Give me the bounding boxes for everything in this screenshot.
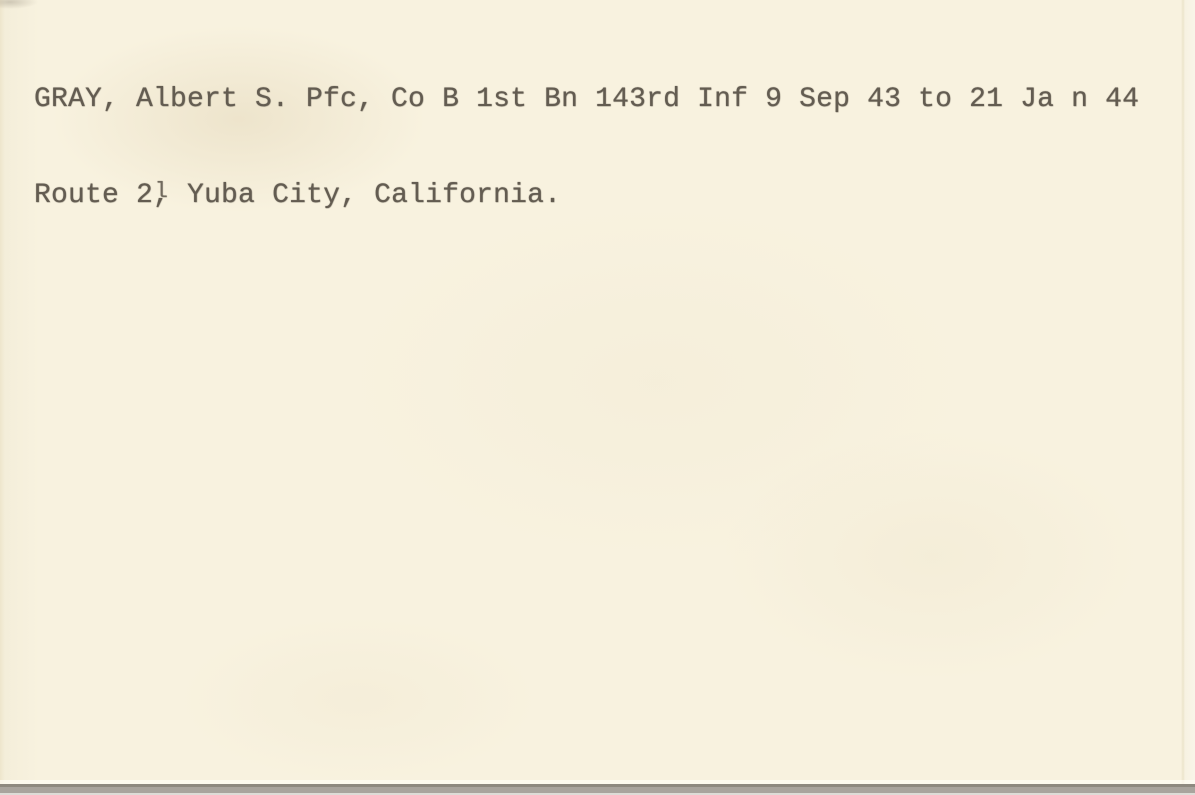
overstrike-top-glyph: l bbox=[155, 176, 168, 208]
scanned-index-card: GRAY, Albert S. Pfc, Co B 1st Bn 143rd I… bbox=[0, 0, 1195, 795]
typed-line-2-suffix: Yuba City, California. bbox=[170, 180, 561, 211]
typed-text-block: GRAY, Albert S. Pfc, Co B 1st Bn 143rd I… bbox=[34, 20, 1139, 276]
overstrike-character: l, bbox=[153, 180, 170, 212]
typed-line-2-prefix: Route 2 bbox=[34, 180, 153, 211]
typed-line-2: Route 2l, Yuba City, California. bbox=[34, 180, 1139, 212]
typed-line-1: GRAY, Albert S. Pfc, Co B 1st Bn 143rd I… bbox=[34, 84, 1139, 116]
